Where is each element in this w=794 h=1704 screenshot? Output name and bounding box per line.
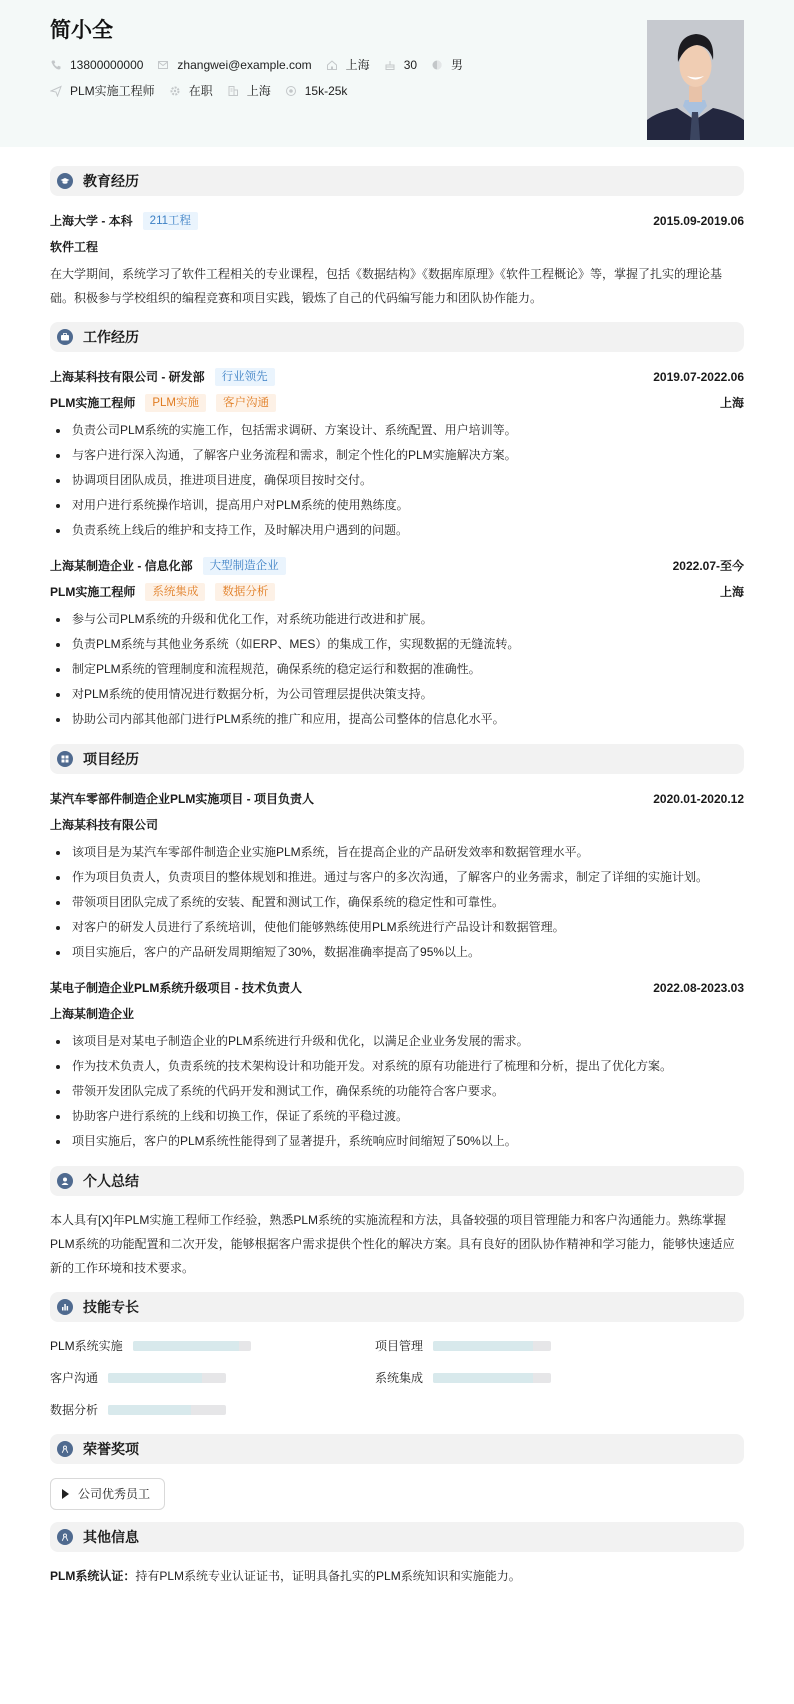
work-location: 上海: [720, 583, 744, 601]
bullet-item: 作为项目负责人，负责项目的整体规划和推进。通过与客户的多次沟通，了解客户的业务需…: [50, 865, 744, 890]
phone-item: 13800000000: [50, 56, 143, 74]
age-text: 30: [404, 56, 417, 74]
work-title: 工作经历: [83, 327, 139, 348]
age-item: 30: [384, 56, 417, 74]
briefcase-icon: [57, 329, 73, 345]
bullet-item: 项目实施后，客户的PLM系统性能得到了显著提升，系统响应时间缩短了50%以上。: [50, 1129, 744, 1154]
education-date: 2015.09-2019.06: [653, 212, 744, 230]
bullet-item: 负责PLM系统与其他业务系统（如ERP、MES）的集成工作，实现数据的无缝流转。: [50, 632, 744, 657]
project-item: 某电子制造企业PLM系统升级项目 - 技术负责人 2022.08-2023.03…: [50, 975, 744, 1154]
bar-chart-icon: [57, 1299, 73, 1315]
project-name: 某汽车零部件制造企业PLM实施项目 - 项目负责人: [50, 790, 314, 808]
project-company: 上海某科技有限公司: [50, 816, 158, 834]
work-date: 2019.07-2022.06: [653, 368, 744, 386]
city-item: 上海: [227, 82, 271, 100]
awards-header: 荣誉奖项: [50, 1434, 744, 1464]
awards-section: 荣誉奖项 公司优秀员工: [50, 1434, 744, 1510]
education-row: 上海大学 - 本科 211工程 2015.09-2019.06: [50, 208, 744, 234]
projects-header: 项目经历: [50, 744, 744, 774]
award-icon: [57, 1441, 73, 1457]
location-text: 上海: [346, 56, 370, 74]
bullet-item: 负责系统上线后的维护和支持工作，及时解决用户遇到的问题。: [50, 518, 744, 543]
summary-section: 个人总结 本人具有[X]年PLM实施工程师工作经验，熟悉PLM系统的实施流程和方…: [50, 1166, 744, 1280]
skill-bar: [433, 1341, 551, 1351]
summary-text: 本人具有[X]年PLM实施工程师工作经验，熟悉PLM系统的实施流程和方法，具备较…: [50, 1208, 744, 1280]
gender-item: 男: [431, 56, 463, 74]
salary-item: 15k-25k: [285, 82, 348, 100]
skill-bar: [433, 1373, 551, 1383]
skill-item: 数据分析: [50, 1398, 375, 1422]
award-icon: [57, 1529, 73, 1545]
education-header: 教育经历: [50, 166, 744, 196]
graduation-cap-icon: [57, 173, 73, 189]
grid-icon: [57, 751, 73, 767]
school-name: 上海大学 - 本科: [50, 212, 133, 230]
award-label: 公司优秀员工: [78, 1485, 150, 1503]
position-text: PLM实施工程师: [70, 82, 155, 100]
coin-icon: [285, 85, 297, 97]
major-row: 软件工程: [50, 234, 744, 260]
skill-tag: 系统集成: [145, 583, 205, 601]
skill-bar: [108, 1373, 226, 1383]
project-item: 某汽车零部件制造企业PLM实施项目 - 项目负责人 2020.01-2020.1…: [50, 786, 744, 965]
bullet-item: 项目实施后，客户的产品研发周期缩短了30%，数据准确率提高了95%以上。: [50, 940, 744, 965]
resume-header: 简小全 13800000000 zhangwei@example.com 上海 …: [0, 0, 794, 147]
major: 软件工程: [50, 238, 98, 256]
phone-icon: [50, 59, 62, 71]
award-item[interactable]: 公司优秀员工: [50, 1478, 165, 1510]
skills-section: 技能专长 PLM系统实施 项目管理 客户沟通 系统集成 数据分析: [50, 1292, 744, 1422]
bullet-item: 负责公司PLM系统的实施工作，包括需求调研、方案设计、系统配置、用户培训等。: [50, 418, 744, 443]
cake-icon: [384, 59, 396, 71]
job-position: PLM实施工程师: [50, 394, 135, 412]
skill-fill: [433, 1373, 533, 1383]
job-position: PLM实施工程师: [50, 583, 135, 601]
status-text: 在职: [189, 82, 213, 100]
work-bullets: 负责公司PLM系统的实施工作，包括需求调研、方案设计、系统配置、用户培训等。 与…: [50, 418, 744, 543]
education-description: 在大学期间，系统学习了软件工程相关的专业课程，包括《数据结构》《数据库原理》《软…: [50, 262, 744, 310]
work-item: 上海某科技有限公司 - 研发部 行业领先 2019.07-2022.06 PLM…: [50, 364, 744, 543]
education-section: 教育经历 上海大学 - 本科 211工程 2015.09-2019.06 软件工…: [50, 166, 744, 310]
other-section: 其他信息 PLM系统认证：持有PLM系统专业认证证书，证明具备扎实的PLM系统知…: [50, 1522, 744, 1588]
location-item: 上海: [326, 56, 370, 74]
job-intent-row: PLM实施工程师 在职 上海 15k-25k: [50, 78, 744, 104]
play-icon: [62, 1489, 69, 1499]
skill-item: 客户沟通: [50, 1366, 375, 1390]
company-name: 上海某科技有限公司 - 研发部: [50, 368, 205, 386]
skills-header: 技能专长: [50, 1292, 744, 1322]
bullet-item: 协助客户进行系统的上线和切换工作，保证了系统的平稳过渡。: [50, 1104, 744, 1129]
skill-label: 客户沟通: [50, 1369, 98, 1387]
education-title: 教育经历: [83, 171, 139, 192]
skill-item: 项目管理: [375, 1334, 700, 1358]
position-item: PLM实施工程师: [50, 82, 155, 100]
mail-icon: [157, 59, 169, 71]
skill-label: 系统集成: [375, 1369, 423, 1387]
resume-body: 教育经历 上海大学 - 本科 211工程 2015.09-2019.06 软件工…: [0, 147, 794, 1620]
work-header: 工作经历: [50, 322, 744, 352]
skills-title: 技能专长: [83, 1297, 139, 1318]
other-key: PLM系统认证：: [50, 1569, 135, 1583]
school-tag: 211工程: [143, 212, 198, 230]
skill-tag: PLM实施: [145, 394, 206, 412]
bullet-item: 与客户进行深入沟通，了解客户业务流程和需求，制定个性化的PLM实施解决方案。: [50, 443, 744, 468]
bullet-item: 制定PLM系统的管理制度和流程规范，确保系统的稳定运行和数据的准确性。: [50, 657, 744, 682]
skill-tag: 客户沟通: [216, 394, 276, 412]
project-bullets: 该项目是为某汽车零部件制造企业实施PLM系统，旨在提高企业的产品研发效率和数据管…: [50, 840, 744, 965]
project-name: 某电子制造企业PLM系统升级项目 - 技术负责人: [50, 979, 302, 997]
company-tag: 行业领先: [215, 368, 275, 386]
bullet-item: 协助公司内部其他部门进行PLM系统的推广和应用，提高公司整体的信息化水平。: [50, 707, 744, 732]
candidate-name: 简小全: [50, 16, 744, 46]
summary-header: 个人总结: [50, 1166, 744, 1196]
skill-fill: [108, 1373, 202, 1383]
bullet-item: 协调项目团队成员，推进项目进度，确保项目按时交付。: [50, 468, 744, 493]
other-value: 持有PLM系统专业认证证书，证明具备扎实的PLM系统知识和实施能力。: [135, 1569, 520, 1583]
awards-title: 荣誉奖项: [83, 1439, 139, 1460]
bullet-item: 作为技术负责人，负责系统的技术架构设计和功能开发。对系统的原有功能进行了梳理和分…: [50, 1054, 744, 1079]
work-section: 工作经历 上海某科技有限公司 - 研发部 行业领先 2019.07-2022.0…: [50, 322, 744, 732]
projects-title: 项目经历: [83, 749, 139, 770]
gender-text: 男: [451, 56, 463, 74]
other-title: 其他信息: [83, 1527, 139, 1548]
skill-label: PLM系统实施: [50, 1337, 123, 1355]
project-date: 2022.08-2023.03: [653, 979, 744, 997]
bullet-item: 对PLM系统的使用情况进行数据分析，为公司管理层提供决策支持。: [50, 682, 744, 707]
skill-bar: [133, 1341, 251, 1351]
other-item: PLM系统认证：持有PLM系统专业认证证书，证明具备扎实的PLM系统知识和实施能…: [50, 1564, 744, 1588]
profile-photo: [647, 20, 744, 140]
skill-tag: 数据分析: [215, 583, 275, 601]
salary-text: 15k-25k: [305, 82, 348, 100]
summary-title: 个人总结: [83, 1171, 139, 1192]
project-date: 2020.01-2020.12: [653, 790, 744, 808]
skill-label: 项目管理: [375, 1337, 423, 1355]
skill-item: PLM系统实施: [50, 1334, 375, 1358]
skill-fill: [108, 1405, 191, 1415]
bullet-item: 带领开发团队完成了系统的代码开发和测试工作，确保系统的功能符合客户要求。: [50, 1079, 744, 1104]
projects-section: 项目经历 某汽车零部件制造企业PLM实施项目 - 项目负责人 2020.01-2…: [50, 744, 744, 1154]
work-bullets: 参与公司PLM系统的升级和优化工作，对系统功能进行改进和扩展。 负责PLM系统与…: [50, 607, 744, 732]
email-item: zhangwei@example.com: [157, 56, 311, 74]
gender-icon: [431, 59, 443, 71]
gear-icon: [169, 85, 181, 97]
city-text: 上海: [247, 82, 271, 100]
skill-fill: [433, 1341, 533, 1351]
company-tag: 大型制造企业: [203, 557, 286, 575]
work-location: 上海: [720, 394, 744, 412]
bullet-item: 该项目是对某电子制造企业的PLM系统进行升级和优化，以满足企业业务发展的需求。: [50, 1029, 744, 1054]
other-header: 其他信息: [50, 1522, 744, 1552]
work-item: 上海某制造企业 - 信息化部 大型制造企业 2022.07-至今 PLM实施工程…: [50, 553, 744, 732]
skill-label: 数据分析: [50, 1401, 98, 1419]
status-item: 在职: [169, 82, 213, 100]
email-text: zhangwei@example.com: [177, 56, 311, 74]
company-name: 上海某制造企业 - 信息化部: [50, 557, 193, 575]
work-date: 2022.07-至今: [673, 557, 744, 575]
bullet-item: 该项目是为某汽车零部件制造企业实施PLM系统，旨在提高企业的产品研发效率和数据管…: [50, 840, 744, 865]
project-company: 上海某制造企业: [50, 1005, 134, 1023]
home-icon: [326, 59, 338, 71]
user-icon: [57, 1173, 73, 1189]
contact-row: 13800000000 zhangwei@example.com 上海 30 男: [50, 52, 744, 78]
bullet-item: 参与公司PLM系统的升级和优化工作，对系统功能进行改进和扩展。: [50, 607, 744, 632]
skill-bar: [108, 1405, 226, 1415]
skill-item: 系统集成: [375, 1366, 700, 1390]
project-bullets: 该项目是对某电子制造企业的PLM系统进行升级和优化，以满足企业业务发展的需求。 …: [50, 1029, 744, 1154]
bullet-item: 对客户的研发人员进行了系统培训，使他们能够熟练使用PLM系统进行产品设计和数据管…: [50, 915, 744, 940]
bullet-item: 带领项目团队完成了系统的安装、配置和测试工作，确保系统的稳定性和可靠性。: [50, 890, 744, 915]
phone-text: 13800000000: [70, 56, 143, 74]
bullet-item: 对用户进行系统操作培训，提高用户对PLM系统的使用熟练度。: [50, 493, 744, 518]
building-icon: [227, 85, 239, 97]
skills-grid: PLM系统实施 项目管理 客户沟通 系统集成 数据分析: [50, 1334, 744, 1422]
send-icon: [50, 85, 62, 97]
skill-fill: [133, 1341, 239, 1351]
